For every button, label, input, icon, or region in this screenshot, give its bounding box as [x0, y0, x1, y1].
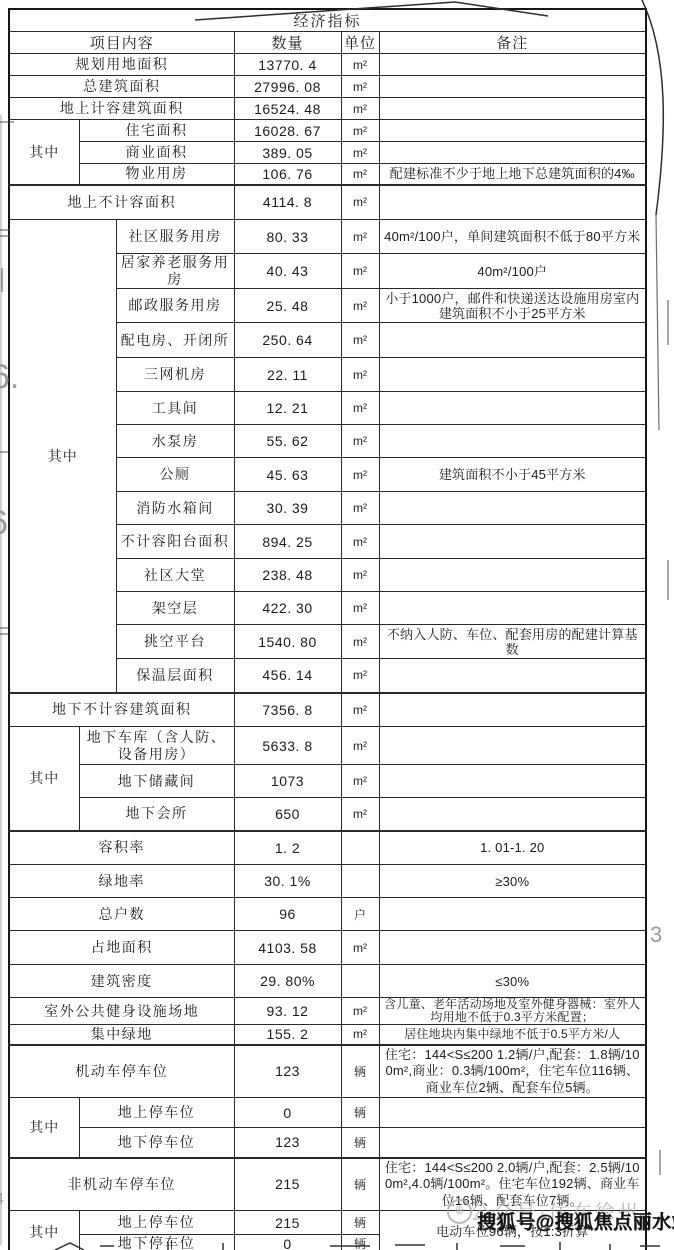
row-label: 地下储藏间: [79, 765, 234, 798]
group-cell: 其中: [9, 1211, 79, 1250]
row-remark: 1. 01-1. 20: [379, 831, 646, 865]
table-row: 地下储藏间1073m²: [9, 765, 646, 798]
row-label: 机动车停车位: [9, 1045, 234, 1098]
row-label: 消防水箱间: [116, 492, 234, 525]
row-unit: m²: [341, 765, 379, 798]
row-remark: [379, 765, 646, 798]
row-label: 架空层: [116, 592, 234, 625]
table-row: 其中地上停车位0辆: [9, 1098, 646, 1128]
row-remark: ≥30%: [379, 865, 646, 898]
row-remark: ≤30%: [379, 965, 646, 998]
row-unit: m²: [341, 220, 379, 254]
row-remark: 建筑面积不小于45平方米: [379, 458, 646, 492]
table-row: 容积率1. 21. 01-1. 20: [9, 831, 646, 865]
row-label: 规划用地面积: [9, 54, 234, 76]
row-unit: m²: [341, 525, 379, 559]
sohu-watermark-bold: 搜狐号@搜狐焦点丽水站: [477, 1207, 674, 1234]
row-label: 物业用房: [79, 164, 234, 185]
row-value: 27996. 08: [234, 76, 341, 98]
row-label: 容积率: [9, 831, 234, 865]
row-label: 地下不计容建筑面积: [9, 693, 234, 727]
row-label: 工具间: [116, 392, 234, 425]
row-remark: [379, 142, 646, 164]
row-label: 挑空平台: [116, 625, 234, 659]
row-value: 4114. 8: [234, 185, 341, 220]
row-value: 215: [234, 1158, 341, 1211]
table-row: 建筑密度29. 80%≤30%: [9, 965, 646, 998]
row-label: 地上计容建筑面积: [9, 98, 234, 120]
row-label: 公厕: [116, 458, 234, 492]
table-row: 绿地率30. 1%≥30%: [9, 865, 646, 898]
row-label: 地下会所: [79, 798, 234, 831]
row-label: 集中绿地: [9, 1025, 234, 1045]
screenshot-root: { "table": { "title": "经济指标", "headers":…: [0, 0, 674, 1250]
row-value: 155. 2: [234, 1025, 341, 1045]
row-remark: [379, 358, 646, 392]
row-unit: [341, 865, 379, 898]
row-remark: [379, 1128, 646, 1158]
table-row: 地下停车位123辆: [9, 1128, 646, 1158]
row-unit: m²: [341, 425, 379, 458]
row-value: 389. 05: [234, 142, 341, 164]
row-unit: m²: [341, 998, 379, 1025]
row-value: 1. 2: [234, 831, 341, 865]
row-value: 12. 21: [234, 392, 341, 425]
row-value: 123: [234, 1045, 341, 1098]
row-unit: m²: [341, 142, 379, 164]
row-value: 0: [234, 1235, 341, 1250]
header-unit: 单位: [341, 32, 379, 54]
row-value: 5633. 8: [234, 727, 341, 765]
row-value: 13770. 4: [234, 54, 341, 76]
row-value: 22. 11: [234, 358, 341, 392]
row-label: 保温层面积: [116, 659, 234, 693]
row-remark: [379, 54, 646, 76]
row-value: 4103. 58: [234, 931, 341, 965]
scan-edge-line: [0, 115, 2, 1245]
row-value: 215: [234, 1211, 341, 1235]
row-unit: m²: [341, 458, 379, 492]
row-unit: m²: [341, 1025, 379, 1045]
table-row: 物业用房106. 76m²配建标准不少于地上地下总建筑面积的4‰: [9, 164, 646, 185]
row-unit: m²: [341, 54, 379, 76]
row-label: 商业面积: [79, 142, 234, 164]
row-label: 建筑密度: [9, 965, 234, 998]
row-remark: [379, 592, 646, 625]
row-unit: 辆: [341, 1128, 379, 1158]
table-row: 地上不计容面积4114. 8m²: [9, 185, 646, 220]
cad-digit-artifact: 3: [650, 924, 662, 946]
table-row: 地下会所650m²: [9, 798, 646, 831]
row-value: 123: [234, 1128, 341, 1158]
row-value: 7356. 8: [234, 693, 341, 727]
row-label: 地下停车位: [79, 1128, 234, 1158]
row-remark: [379, 659, 646, 693]
row-value: 96: [234, 898, 341, 931]
row-label: 地上停车位: [79, 1211, 234, 1235]
table-row: 规划用地面积13770. 4m²: [9, 54, 646, 76]
row-remark: [379, 559, 646, 592]
row-value: 16028. 67: [234, 120, 341, 142]
table-row: 室外公共健身设施场地93. 12m²含儿童、老年活动场地及室外健身器械：室外人均…: [9, 998, 646, 1025]
row-unit: [341, 965, 379, 998]
row-remark: [379, 185, 646, 220]
group-cell: 其中: [9, 1098, 79, 1158]
row-remark: 40m²/100户，单间建筑面积不低于80平方米: [379, 220, 646, 254]
row-remark: 不纳入人防、车位、配套用房的配建计算基数: [379, 625, 646, 659]
row-value: 55. 62: [234, 425, 341, 458]
row-remark: [379, 425, 646, 458]
row-label: 地下车库（含人防、设备用房）: [79, 727, 234, 765]
row-remark: [379, 798, 646, 831]
table-row: 占地面积4103. 58m²: [9, 931, 646, 965]
table-row: 集中绿地155. 2m²居住地块内集中绿地不低于0.5平方米/人: [9, 1025, 646, 1045]
row-value: 650: [234, 798, 341, 831]
table-title-row: 经济指标: [9, 9, 646, 32]
row-remark: [379, 392, 646, 425]
table-row: 地下不计容建筑面积7356. 8m²: [9, 693, 646, 727]
row-unit: m²: [341, 289, 379, 323]
row-unit: 辆: [341, 1158, 379, 1211]
table-header-row: 项目内容 数量 单位 备注: [9, 32, 646, 54]
row-remark: 小于1000户，邮件和快递送达设施用房室内建筑面积不小于25平方米: [379, 289, 646, 323]
row-label: 非机动车停车位: [9, 1158, 234, 1211]
row-unit: m²: [341, 76, 379, 98]
row-label: 室外公共健身设施场地: [9, 998, 234, 1025]
row-label: 邮政服务用房: [116, 289, 234, 323]
row-remark: [379, 492, 646, 525]
row-remark: [379, 98, 646, 120]
row-unit: m²: [341, 592, 379, 625]
row-label: 占地面积: [9, 931, 234, 965]
row-value: 1540. 80: [234, 625, 341, 659]
row-value: 238. 48: [234, 559, 341, 592]
row-value: 422. 30: [234, 592, 341, 625]
row-label: 居家养老服务用房: [116, 254, 234, 289]
row-value: 29. 80%: [234, 965, 341, 998]
row-unit: m²: [341, 185, 379, 220]
row-value: 894. 25: [234, 525, 341, 559]
row-value: 30. 1%: [234, 865, 341, 898]
sohu-logo-icon: ⊕: [447, 1199, 472, 1224]
table-row: 地上计容建筑面积16524. 48m²: [9, 98, 646, 120]
row-value: 16524. 48: [234, 98, 341, 120]
row-remark: 配建标准不少于地上地下总建筑面积的4‰: [379, 164, 646, 185]
cad-digit-artifact: 6.: [0, 360, 19, 394]
cad-digit-artifact: 6: [0, 506, 8, 540]
row-label: 总建筑面积: [9, 76, 234, 98]
row-value: 250. 64: [234, 323, 341, 358]
header-item: 项目内容: [9, 32, 234, 54]
row-label: 地上停车位: [79, 1098, 234, 1128]
group-cell: 其中: [9, 727, 79, 831]
table-row: 其中地下车库（含人防、设备用房）5633. 8m²: [9, 727, 646, 765]
row-unit: m²: [341, 323, 379, 358]
table-row: 总建筑面积27996. 08m²: [9, 76, 646, 98]
row-label: 总户数: [9, 898, 234, 931]
row-label: 住宅面积: [79, 120, 234, 142]
row-unit: 辆: [341, 1211, 379, 1235]
row-remark: 居住地块内集中绿地不低于0.5平方米/人: [379, 1025, 646, 1045]
table-title: 经济指标: [9, 9, 646, 32]
table-row: 机动车停车位123辆住宅：144<S≤200 1.2辆/户,配套：1.8辆/10…: [9, 1045, 646, 1098]
row-unit: 辆: [341, 1098, 379, 1128]
row-value: 45. 63: [234, 458, 341, 492]
row-unit: m²: [341, 358, 379, 392]
row-remark: [379, 693, 646, 727]
table-row: 其中住宅面积16028. 67m²: [9, 120, 646, 142]
header-remark: 备注: [379, 32, 646, 54]
row-unit: 户: [341, 898, 379, 931]
row-remark: [379, 525, 646, 559]
row-remark: [379, 727, 646, 765]
row-label: 地下停车位: [79, 1235, 234, 1250]
row-label: 水泵房: [116, 425, 234, 458]
row-unit: m²: [341, 931, 379, 965]
row-remark: 含儿童、老年活动场地及室外健身器械：室外人均用地不低于0.3平方米配置；: [379, 998, 646, 1025]
row-unit: m²: [341, 164, 379, 185]
table-row: 其中社区服务用房80. 33m²40m²/100户，单间建筑面积不低于80平方米: [9, 220, 646, 254]
row-remark: 住宅：144<S≤200 1.2辆/户,配套：1.8辆/100m²,商业：0.3…: [379, 1045, 646, 1098]
row-remark: [379, 323, 646, 358]
row-unit: 辆: [341, 1235, 379, 1250]
row-remark: [379, 898, 646, 931]
row-unit: m²: [341, 559, 379, 592]
row-label: 三网机房: [116, 358, 234, 392]
row-value: 456. 14: [234, 659, 341, 693]
row-value: 93. 12: [234, 998, 341, 1025]
row-value: 25. 48: [234, 289, 341, 323]
row-unit: m²: [341, 254, 379, 289]
group-cell: 其中: [9, 120, 79, 185]
table-row: 商业面积389. 05m²: [9, 142, 646, 164]
row-label: 不计容阳台面积: [116, 525, 234, 559]
row-value: 106. 76: [234, 164, 341, 185]
row-unit: m²: [341, 98, 379, 120]
row-remark: [379, 931, 646, 965]
row-unit: m²: [341, 120, 379, 142]
economic-indicators-table: 经济指标 项目内容 数量 单位 备注 规划用地面积13770. 4m²总建筑面积…: [8, 8, 647, 1250]
row-unit: m²: [341, 659, 379, 693]
row-value: 30. 39: [234, 492, 341, 525]
row-unit: m²: [341, 798, 379, 831]
row-value: 40. 43: [234, 254, 341, 289]
row-unit: [341, 831, 379, 865]
row-unit: m²: [341, 727, 379, 765]
row-label: 配电房、开闭所: [116, 323, 234, 358]
row-unit: m²: [341, 392, 379, 425]
row-label: 社区服务用房: [116, 220, 234, 254]
row-remark: [379, 120, 646, 142]
row-label: 社区大堂: [116, 559, 234, 592]
row-remark: [379, 76, 646, 98]
row-unit: m²: [341, 693, 379, 727]
row-value: 80. 33: [234, 220, 341, 254]
header-quantity: 数量: [234, 32, 341, 54]
table-row: 总户数96户: [9, 898, 646, 931]
row-value: 0: [234, 1098, 341, 1128]
row-label: 地上不计容面积: [9, 185, 234, 220]
row-remark: [379, 1098, 646, 1128]
row-unit: m²: [341, 492, 379, 525]
row-remark: 40m²/100户: [379, 254, 646, 289]
row-unit: m²: [341, 625, 379, 659]
row-value: 1073: [234, 765, 341, 798]
cad-digit-artifact: 4: [0, 1192, 4, 1208]
row-label: 绿地率: [9, 865, 234, 898]
group-cell: 其中: [9, 220, 116, 693]
row-unit: 辆: [341, 1045, 379, 1098]
